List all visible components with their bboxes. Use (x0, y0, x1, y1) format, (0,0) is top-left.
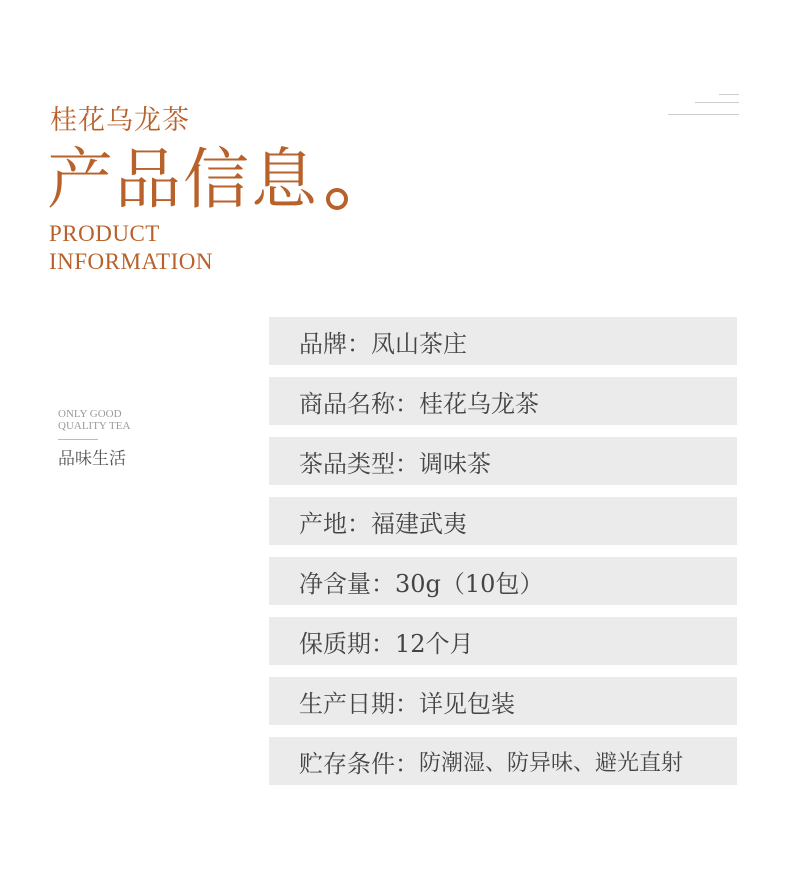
title-en-line2: INFORMATION (49, 248, 213, 276)
side-en-line1: ONLY GOOD (58, 408, 130, 420)
spec-value: 调味茶 (419, 444, 491, 479)
page-title: 产品信息 (47, 140, 319, 220)
spec-label: 商品名称： (299, 384, 419, 419)
title-period-circle-icon (326, 188, 348, 210)
page-title-english: PRODUCT INFORMATION (49, 220, 213, 276)
spec-value: 防潮湿、防异味、避光直射 (419, 746, 683, 777)
spec-label: 保质期： (299, 624, 395, 659)
spec-value: 福建武夷 (371, 504, 467, 539)
spec-label: 贮存条件： (299, 744, 419, 779)
spec-label: 净含量： (299, 564, 395, 599)
spec-label: 品牌： (299, 324, 371, 359)
spec-row-brand: 品牌： 凤山茶庄 (269, 317, 737, 365)
spec-row-origin: 产地： 福建武夷 (269, 497, 737, 545)
decorative-line-bottom (668, 114, 739, 115)
spec-row-production-date: 生产日期： 详见包装 (269, 677, 737, 725)
side-divider (58, 439, 98, 440)
product-subtitle: 桂花乌龙茶 (50, 98, 190, 137)
spec-value: 12个月 (395, 624, 474, 659)
spec-label: 生产日期： (299, 684, 419, 719)
title-en-line1: PRODUCT (49, 220, 213, 248)
decorative-line-middle (695, 102, 739, 103)
spec-value: 详见包装 (419, 684, 515, 719)
spec-label: 产地： (299, 504, 371, 539)
spec-row-net-content: 净含量： 30g（10包） (269, 557, 737, 605)
side-tagline-chinese: 品味生活 (58, 444, 126, 469)
side-en-line2: QUALITY TEA (58, 420, 130, 432)
spec-list: 品牌： 凤山茶庄 商品名称： 桂花乌龙茶 茶品类型： 调味茶 产地： 福建武夷 … (269, 317, 737, 797)
spec-value: 30g（10包） (395, 564, 543, 599)
spec-row-shelf-life: 保质期： 12个月 (269, 617, 737, 665)
spec-value: 桂花乌龙茶 (419, 384, 539, 419)
spec-label: 茶品类型： (299, 444, 419, 479)
spec-row-product-name: 商品名称： 桂花乌龙茶 (269, 377, 737, 425)
decorative-line-top (719, 94, 739, 95)
spec-row-storage: 贮存条件： 防潮湿、防异味、避光直射 (269, 737, 737, 785)
spec-row-tea-type: 茶品类型： 调味茶 (269, 437, 737, 485)
side-tagline-english: ONLY GOOD QUALITY TEA (58, 408, 130, 432)
spec-value: 凤山茶庄 (371, 324, 467, 359)
